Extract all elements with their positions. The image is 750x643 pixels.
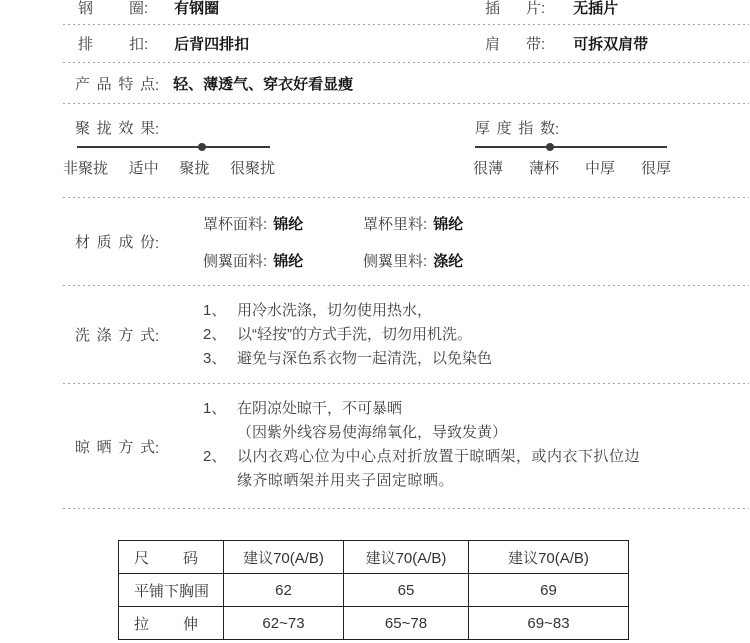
feature-value: 轻、薄透气、穿衣好看显瘦 [173, 73, 353, 94]
slider-ticks: 非聚拢 适中 聚拢 很聚扰 [63, 157, 275, 178]
spec-pad: 插片:无插片 [485, 0, 750, 18]
colon: : [144, 36, 148, 53]
list-item: 1、 用冷水洗涤，切勿使用热水， [203, 299, 492, 323]
table-header-cell: 建议70(A/B) [469, 541, 629, 574]
material-name: 罩杯里料 [363, 216, 423, 233]
list-marker: 2、 [203, 445, 237, 493]
list-marker: 2、 [203, 323, 237, 347]
slider-track [475, 146, 667, 148]
size-table: 尺码 建议70(A/B) 建议70(A/B) 建议70(A/B) 平铺下胸围 6… [118, 540, 629, 640]
table-cell: 62 [224, 574, 344, 607]
spec-value: 后背四排扣 [174, 36, 249, 53]
spec-value: 无插片 [573, 0, 618, 17]
washing-label: 洗涤方式 [75, 324, 155, 345]
colon: : [541, 36, 545, 53]
material-value: 锦纶 [273, 216, 303, 233]
spec-row-wire: 钢圈:有钢圈 插片:无插片 [0, 0, 750, 24]
list-item: 2、 以内衣鸡心位为中心点对折放置于晾晒架，或内衣下扒位边缘齐晾晒架并用夹子固定… [203, 445, 649, 493]
colon: : [541, 0, 545, 17]
material-pair: 侧翼面料:锦纶 [203, 250, 363, 271]
table-header-cell: 建议70(A/B) [224, 541, 344, 574]
drying-label-col: 晾晒方式: [0, 384, 203, 508]
cell-text: 拉伸 [134, 613, 198, 634]
material-line: 侧翼面料:锦纶 侧翼里料:涤纶 [203, 250, 523, 271]
tick-label: 薄杯 [529, 157, 559, 178]
table-header-row: 尺码 建议70(A/B) 建议70(A/B) 建议70(A/B) [119, 541, 629, 574]
material-value: 锦纶 [273, 253, 303, 270]
spec-label: 肩带 [485, 33, 541, 54]
table-cell: 69~83 [469, 607, 629, 640]
colon: : [423, 216, 427, 233]
spec-label: 钢圈 [78, 0, 144, 18]
tick-label: 非聚拢 [63, 157, 108, 178]
material-section: 材质成份: 罩杯面料:锦纶 罩杯里料:锦纶 侧翼面料:锦纶 侧翼里料:涤纶 [0, 198, 750, 285]
washing-section: 洗涤方式: 1、 用冷水洗涤，切勿使用热水， 2、 以“轻按”的方式手洗，切勿用… [0, 286, 750, 383]
material-name: 侧翼里料 [363, 253, 423, 270]
spec-value: 可拆双肩带 [573, 36, 648, 53]
material-label-col: 材质成份: [0, 198, 203, 285]
material-name: 侧翼面料 [203, 253, 263, 270]
material-pair: 侧翼里料:涤纶 [363, 250, 523, 271]
colon: : [155, 328, 159, 345]
list-text: 避免与深色系衣物一起清洗，以免染色 [237, 347, 492, 371]
slider-ticks: 很薄 薄杯 中厚 很厚 [473, 157, 671, 178]
material-line: 罩杯面料:锦纶 罩杯里料:锦纶 [203, 213, 523, 234]
table-cell: 65 [344, 574, 469, 607]
spec-label: 插片 [485, 0, 541, 18]
slider-section: 聚拢效果: 非聚拢 适中 聚拢 很聚扰 厚度指数: 很薄 薄杯 中厚 [0, 104, 750, 197]
slider-track [77, 146, 270, 148]
table-header-cell: 建议70(A/B) [344, 541, 469, 574]
slider-dot-icon [198, 143, 206, 151]
table-row: 拉伸 62~73 65~78 69~83 [119, 607, 629, 640]
table-cell: 拉伸 [119, 607, 224, 640]
washing-list: 1、 用冷水洗涤，切勿使用热水， 2、 以“轻按”的方式手洗，切勿用机洗。 3、… [203, 286, 492, 383]
material-grid: 罩杯面料:锦纶 罩杯里料:锦纶 侧翼面料:锦纶 侧翼里料:涤纶 [203, 198, 523, 285]
spec-row-hook: 排扣:后背四排扣 肩带:可拆双肩带 [0, 25, 750, 62]
list-item: 3、 避免与深色系衣物一起清洗，以免染色 [203, 347, 492, 371]
list-text: 以“轻按”的方式手洗，切勿用机洗。 [237, 323, 472, 347]
material-label: 材质成份 [75, 231, 155, 252]
table-row: 平铺下胸围 62 65 69 [119, 574, 629, 607]
dashed-divider [63, 508, 749, 509]
feature-row: 产品特点: 轻、薄透气、穿衣好看显瘦 [0, 63, 750, 103]
colon: : [155, 235, 159, 252]
colon: : [155, 77, 159, 94]
tick-label: 适中 [129, 157, 159, 178]
material-name: 罩杯面料 [203, 216, 263, 233]
spec-label: 排扣 [78, 33, 144, 54]
list-item: 1、 在阴凉处晾干，不可暴晒 [203, 397, 649, 421]
list-marker: 1、 [203, 397, 237, 421]
slider-title: 厚度指数: [475, 117, 673, 135]
size-table-wrap: 尺码 建议70(A/B) 建议70(A/B) 建议70(A/B) 平铺下胸围 6… [118, 540, 750, 640]
feature-label: 产品特点 [75, 73, 155, 94]
colon: : [263, 253, 267, 270]
tick-label: 很聚扰 [230, 157, 275, 178]
drying-list: 1、 在阴凉处晾干，不可暴晒 （因紫外线容易使海绵氧化，导致发黄） 2、 以内衣… [203, 384, 649, 508]
material-pair: 罩杯里料:锦纶 [363, 213, 523, 234]
push-up-slider: 聚拢效果: 非聚拢 适中 聚拢 很聚扰 [63, 117, 275, 197]
material-value: 涤纶 [433, 253, 463, 270]
table-cell: 69 [469, 574, 629, 607]
thickness-slider: 厚度指数: 很薄 薄杯 中厚 很厚 [473, 117, 673, 197]
colon: : [263, 216, 267, 233]
list-text: 用冷水洗涤，切勿使用热水， [237, 299, 432, 323]
header-text: 尺码 [134, 547, 198, 568]
material-pair: 罩杯面料:锦纶 [203, 213, 363, 234]
slider-title: 聚拢效果: [75, 117, 275, 135]
washing-label-col: 洗涤方式: [0, 286, 203, 383]
list-marker: 1、 [203, 299, 237, 323]
drying-label: 晾晒方式 [75, 436, 155, 457]
spec-value: 有钢圈 [174, 0, 219, 17]
list-item: 2、 以“轻按”的方式手洗，切勿用机洗。 [203, 323, 492, 347]
colon: : [423, 253, 427, 270]
slider-label: 厚度指数 [475, 117, 555, 138]
table-cell: 62~73 [224, 607, 344, 640]
slider-label: 聚拢效果 [75, 117, 155, 138]
list-text: 以内衣鸡心位为中心点对折放置于晾晒架，或内衣下扒位边缘齐晾晒架并用夹子固定晾晒。 [237, 445, 649, 493]
colon: : [155, 121, 159, 138]
tick-label: 中厚 [585, 157, 615, 178]
spec-hook: 排扣:后背四排扣 [0, 33, 485, 54]
slider-dot-icon [546, 143, 554, 151]
tick-label: 很薄 [473, 157, 503, 178]
tick-label: 聚拢 [179, 157, 209, 178]
product-spec-sheet: 钢圈:有钢圈 插片:无插片 排扣:后背四排扣 肩带:可拆双肩带 产品特点: 轻、… [0, 0, 750, 643]
colon: : [555, 121, 559, 138]
spec-strap: 肩带:可拆双肩带 [485, 33, 750, 54]
material-value: 锦纶 [433, 216, 463, 233]
table-cell: 平铺下胸围 [119, 574, 224, 607]
list-note: （因紫外线容易使海绵氧化，导致发黄） [237, 421, 649, 445]
list-text: 在阴凉处晾干，不可暴晒 [237, 397, 402, 421]
tick-label: 很厚 [641, 157, 671, 178]
drying-section: 晾晒方式: 1、 在阴凉处晾干，不可暴晒 （因紫外线容易使海绵氧化，导致发黄） … [0, 384, 750, 508]
colon: : [144, 0, 148, 17]
list-marker: 3、 [203, 347, 237, 371]
table-cell: 65~78 [344, 607, 469, 640]
table-header-cell: 尺码 [119, 541, 224, 574]
colon: : [155, 440, 159, 457]
spec-wire: 钢圈:有钢圈 [0, 0, 485, 18]
